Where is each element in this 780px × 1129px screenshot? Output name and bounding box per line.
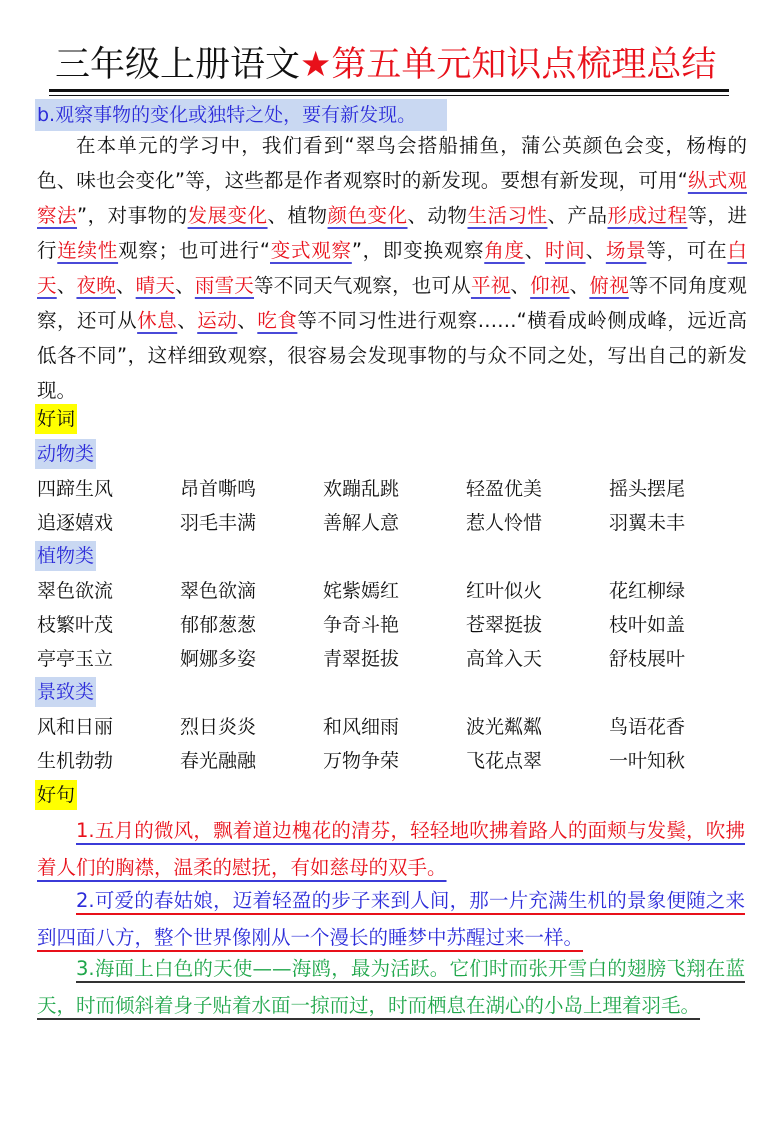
word: 花红柳绿 <box>609 574 752 608</box>
word-row: 枝繁叶茂 郁郁葱葱 争奇斗艳 苍翠挺拔 枝叶如盖 <box>37 608 747 642</box>
intro-paragraph: 在本单元的学习中，我们看到“翠鸟会搭船捕鱼，蒲公英颜色会变，杨梅的色、味也会变化… <box>37 128 747 408</box>
paragraph-text: 、 <box>510 274 530 297</box>
word: 枝繁叶茂 <box>37 608 180 642</box>
keyword: 时间 <box>545 239 586 262</box>
good-sentence-1: 1.五月的微风，飘着道边槐花的清芬，轻轻地吹拂着路人的面颊与发鬓，吹拂着人们的胸… <box>37 812 745 886</box>
keyword: 角度 <box>484 239 525 262</box>
paragraph-text: 、 <box>175 274 195 297</box>
word: 惹人怜惜 <box>466 506 609 540</box>
word: 飞花点翠 <box>466 744 609 778</box>
word: 春光融融 <box>180 744 323 778</box>
word: 摇头摆尾 <box>609 472 752 506</box>
paragraph-text: 、动物 <box>408 204 468 227</box>
word: 轻盈优美 <box>466 472 609 506</box>
keyword: 生活习性 <box>468 204 548 227</box>
word: 四蹄生风 <box>37 472 180 506</box>
keyword: 场景 <box>606 239 647 262</box>
word: 亭亭玉立 <box>37 642 180 676</box>
word: 枝叶如盖 <box>609 608 752 642</box>
word-row: 翠色欲流 翠色欲滴 姹紫嫣红 红叶似火 花红柳绿 <box>37 574 747 608</box>
paragraph-text: 、 <box>116 274 136 297</box>
keyword: 吃食 <box>257 309 297 332</box>
paragraph-text: 观察；也可进行“ <box>118 239 270 262</box>
word-row: 风和日丽 烈日炎炎 和风细雨 波光粼粼 鸟语花香 <box>37 710 747 744</box>
paragraph-text: 、 <box>586 239 606 262</box>
title-unit: 第五单元知识点梳理总结 <box>331 45 716 85</box>
keyword: 平视 <box>471 274 510 297</box>
word: 姹紫嫣红 <box>323 574 466 608</box>
paragraph-text: 等，可在 <box>646 239 727 262</box>
word-grid-plants: 翠色欲流 翠色欲滴 姹紫嫣红 红叶似火 花红柳绿 枝繁叶茂 郁郁葱葱 争奇斗艳 … <box>37 574 747 676</box>
word-grid-scenery: 风和日丽 烈日炎炎 和风细雨 波光粼粼 鸟语花香 生机勃勃 春光融融 万物争荣 … <box>37 710 747 778</box>
keyword: 形成过程 <box>607 204 687 227</box>
title-rule-thin <box>49 95 729 96</box>
star-icon: ★ <box>300 45 331 85</box>
word: 高耸入天 <box>466 642 609 676</box>
keyword: 俯视 <box>589 274 628 297</box>
category-label-plants: 植物类 <box>35 541 96 571</box>
paragraph-text: 、产品 <box>547 204 607 227</box>
word-row: 追逐嬉戏 羽毛丰满 善解人意 惹人怜惜 羽翼未丰 <box>37 506 747 540</box>
paragraph-text: 、 <box>570 274 590 297</box>
word: 婀娜多姿 <box>180 642 323 676</box>
sentence-text: 1.五月的微风，飘着道边槐花的清芬，轻轻地吹拂着路人的面颊与发鬓，吹拂着人们的胸… <box>37 819 745 879</box>
title-grade: 三年级上册语文 <box>55 45 300 85</box>
word: 生机勃勃 <box>37 744 180 778</box>
keyword: 夜晚 <box>76 274 115 297</box>
word: 风和日丽 <box>37 710 180 744</box>
good-words-label: 好词 <box>35 404 77 434</box>
keyword: 发展变化 <box>188 204 268 227</box>
sentence-text: 3.海面上白色的天使——海鸥，最为活跃。它们时而张开雪白的翅膀飞翔在蓝天，时而倾… <box>37 957 745 1017</box>
word: 红叶似火 <box>466 574 609 608</box>
page-title: 三年级上册语文★第五单元知识点梳理总结 <box>55 40 735 90</box>
word-grid-animals: 四蹄生风 昂首嘶鸣 欢蹦乱跳 轻盈优美 摇头摆尾 追逐嬉戏 羽毛丰满 善解人意 … <box>37 472 747 540</box>
word: 万物争荣 <box>323 744 466 778</box>
word: 争奇斗艳 <box>323 608 466 642</box>
word: 欢蹦乱跳 <box>323 472 466 506</box>
word-row: 四蹄生风 昂首嘶鸣 欢蹦乱跳 轻盈优美 摇头摆尾 <box>37 472 747 506</box>
word: 舒枝展叶 <box>609 642 752 676</box>
good-sentence-3: 3.海面上白色的天使——海鸥，最为活跃。它们时而张开雪白的翅膀飞翔在蓝天，时而倾… <box>37 950 745 1024</box>
paragraph-text: 、 <box>525 239 545 262</box>
paragraph-text: 、植物 <box>268 204 328 227</box>
word-row: 亭亭玉立 婀娜多姿 青翠挺拔 高耸入天 舒枝展叶 <box>37 642 747 676</box>
paragraph-text: 在本单元的学习中，我们看到“翠鸟会搭船捕鱼，蒲公英颜色会变，杨梅的色、味也会变化… <box>37 134 747 192</box>
paragraph-text: ”，即变换观察 <box>352 239 484 262</box>
word: 和风细雨 <box>323 710 466 744</box>
paragraph-text: 、 <box>237 309 257 332</box>
keyword: 晴天 <box>136 274 175 297</box>
word: 追逐嬉戏 <box>37 506 180 540</box>
keyword: 连续性 <box>57 239 118 262</box>
keyword: 仰视 <box>530 274 569 297</box>
word: 一叶知秋 <box>609 744 752 778</box>
keyword: 变式观察 <box>270 239 352 262</box>
word: 烈日炎炎 <box>180 710 323 744</box>
intro-paragraph-text: 在本单元的学习中，我们看到“翠鸟会搭船捕鱼，蒲公英颜色会变，杨梅的色、味也会变化… <box>37 128 747 408</box>
good-sentence-2: 2.可爱的春姑娘，迈着轻盈的步子来到人间，那一片充满生机的景象便随之来到四面八方… <box>37 882 745 956</box>
word: 苍翠挺拔 <box>466 608 609 642</box>
keyword: 运动 <box>197 309 237 332</box>
paragraph-text: 等不同天气观察，也可从 <box>254 274 471 297</box>
paragraph-text: 、 <box>177 309 197 332</box>
word: 昂首嘶鸣 <box>180 472 323 506</box>
word: 善解人意 <box>323 506 466 540</box>
word: 鸟语花香 <box>609 710 752 744</box>
word: 羽翼未丰 <box>609 506 752 540</box>
word: 翠色欲滴 <box>180 574 323 608</box>
good-sentences-label: 好句 <box>35 780 77 810</box>
sentence-text: 2.可爱的春姑娘，迈着轻盈的步子来到人间，那一片充满生机的景象便随之来到四面八方… <box>37 889 745 949</box>
category-label-animals: 动物类 <box>35 439 96 469</box>
word: 郁郁葱葱 <box>180 608 323 642</box>
word-row: 生机勃勃 春光融融 万物争荣 飞花点翠 一叶知秋 <box>37 744 747 778</box>
section-subheading: b.观察事物的变化或独特之处，要有新发现。 <box>35 99 447 131</box>
paragraph-text: 、 <box>57 274 77 297</box>
paragraph-text: ”，对事物的 <box>77 204 188 227</box>
keyword: 雨雪天 <box>195 274 254 297</box>
keyword: 颜色变化 <box>328 204 408 227</box>
title-rule-thick <box>49 89 729 92</box>
word: 羽毛丰满 <box>180 506 323 540</box>
word: 翠色欲流 <box>37 574 180 608</box>
word: 波光粼粼 <box>466 710 609 744</box>
word: 青翠挺拔 <box>323 642 466 676</box>
keyword: 休息 <box>137 309 177 332</box>
category-label-scenery: 景致类 <box>35 677 96 707</box>
